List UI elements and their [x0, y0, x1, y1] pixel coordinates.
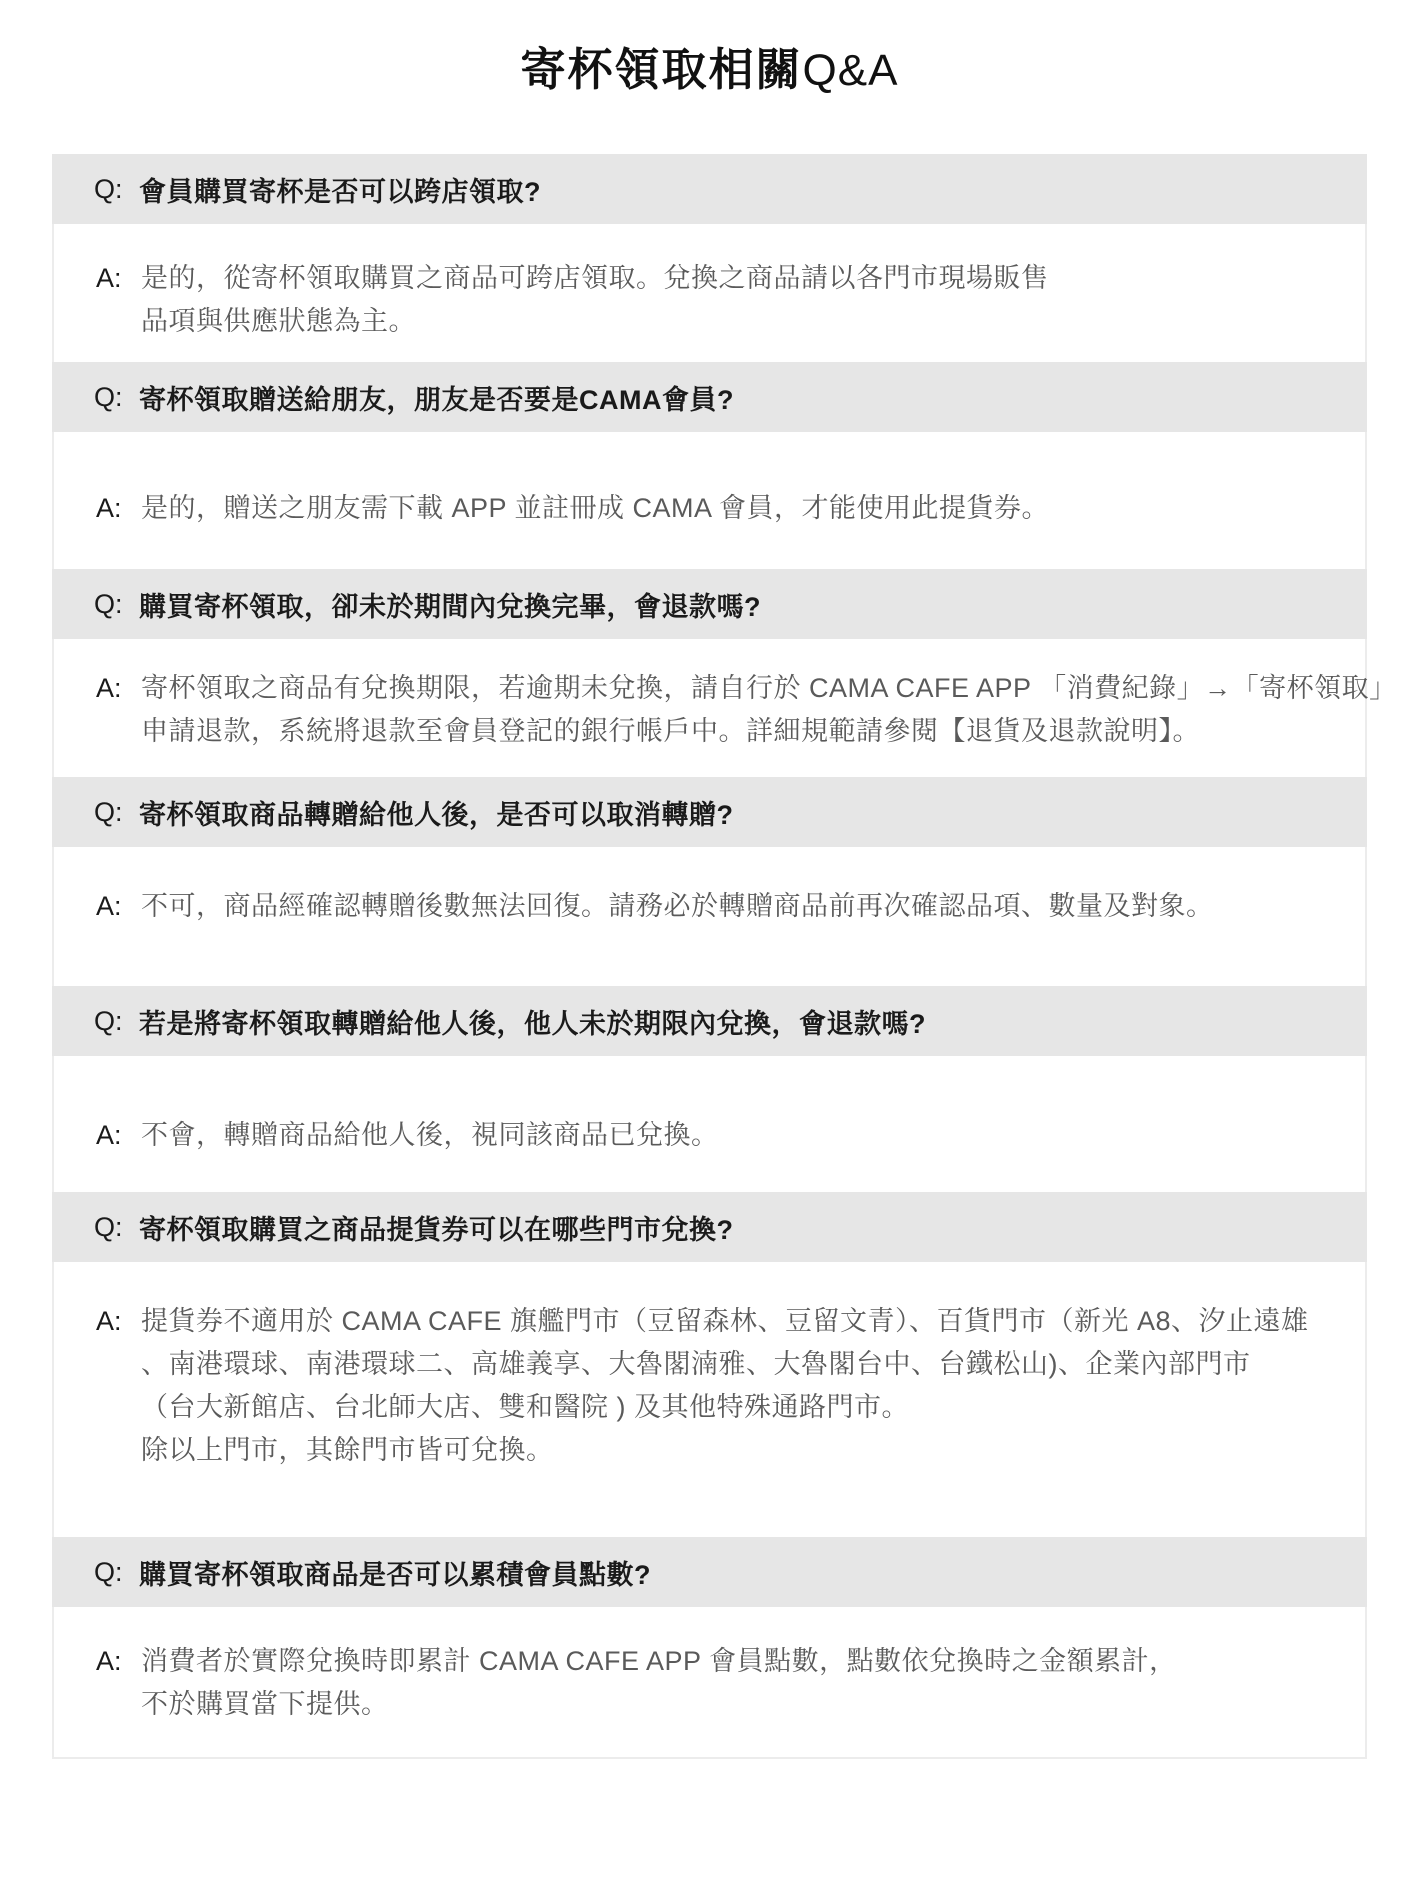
question-label: Q: [94, 382, 139, 413]
answer-text: 不會，轉贈商品給他人後，視同該商品已兌換。 [141, 1114, 1335, 1157]
answer-line: 不可，商品經確認轉贈後數無法回復。請務必於轉贈商品前再次確認品項、數量及對象。 [141, 885, 1335, 928]
question-label: Q: [94, 589, 139, 620]
question-row: Q: 寄杯領取購買之商品提貨券可以在哪些門市兌換? [52, 1192, 1367, 1262]
answer-text: 是的，贈送之朋友需下載 APP 並註冊成 CAMA 會員，才能使用此提貨券。 [141, 487, 1335, 530]
answer-text: 提貨券不適用於 CAMA CAFE 旗艦門市（豆留森林、豆留文青）、百貨門市（新… [141, 1300, 1335, 1472]
question-label: Q: [94, 174, 139, 205]
answer-line: 消費者於實際兌換時即累計 CAMA CAFE APP 會員點數，點數依兌換時之金… [141, 1640, 1335, 1683]
answer-label: A: [96, 1300, 141, 1343]
faq-item: Q: 寄杯領取贈送給朋友，朋友是否要是CAMA會員? A: 是的，贈送之朋友需下… [52, 362, 1367, 569]
answer-line: 、南港環球、南港環球二、高雄義享、大魯閣湳雅、大魯閣台中、台鐵松山)、企業內部門… [141, 1343, 1335, 1386]
answer-row: A: 是的，從寄杯領取購買之商品可跨店領取。兌換之商品請以各門市現場販售品項與供… [52, 224, 1367, 362]
faq-item: Q: 會員購買寄杯是否可以跨店領取? A: 是的，從寄杯領取購買之商品可跨店領取… [52, 154, 1367, 362]
answer-line: 除以上門市，其餘門市皆可兌換。 [141, 1429, 1335, 1472]
question-row: Q: 若是將寄杯領取轉贈給他人後，他人未於期限內兌換，會退款嗎? [52, 986, 1367, 1056]
answer-line: 提貨券不適用於 CAMA CAFE 旗艦門市（豆留森林、豆留文青）、百貨門市（新… [141, 1300, 1335, 1343]
question-text: 購買寄杯領取商品是否可以累積會員點數? [139, 1553, 651, 1592]
answer-line: 寄杯領取之商品有兌換期限，若逾期未兌換，請自行於 CAMA CAFE APP 「… [141, 667, 1397, 710]
question-text: 購買寄杯領取，卻未於期間內兌換完畢，會退款嗎? [139, 585, 761, 624]
faq-item: Q: 購買寄杯領取，卻未於期間內兌換完畢，會退款嗎? A: 寄杯領取之商品有兌換… [52, 569, 1367, 777]
question-row: Q: 購買寄杯領取，卻未於期間內兌換完畢，會退款嗎? [52, 569, 1367, 639]
answer-label: A: [96, 1114, 141, 1157]
question-label: Q: [94, 1557, 139, 1588]
faq-list: Q: 會員購買寄杯是否可以跨店領取? A: 是的，從寄杯領取購買之商品可跨店領取… [52, 154, 1367, 1759]
faq-item: Q: 購買寄杯領取商品是否可以累積會員點數? A: 消費者於實際兌換時即累計 C… [52, 1537, 1367, 1759]
answer-row: A: 不可，商品經確認轉贈後數無法回復。請務必於轉贈商品前再次確認品項、數量及對… [52, 847, 1367, 986]
question-text: 寄杯領取商品轉贈給他人後，是否可以取消轉贈? [139, 793, 734, 832]
answer-text: 消費者於實際兌換時即累計 CAMA CAFE APP 會員點數，點數依兌換時之金… [141, 1640, 1335, 1726]
page-title-latin: Q&A [803, 46, 899, 95]
answer-line: （台大新館店、台北師大店、雙和醫院 ) 及其他特殊通路門市。 [141, 1386, 1335, 1429]
faq-item: Q: 寄杯領取購買之商品提貨券可以在哪些門市兌換? A: 提貨券不適用於 CAM… [52, 1192, 1367, 1537]
answer-label: A: [96, 885, 141, 928]
question-row: Q: 購買寄杯領取商品是否可以累積會員點數? [52, 1537, 1367, 1607]
answer-text: 寄杯領取之商品有兌換期限，若逾期未兌換，請自行於 CAMA CAFE APP 「… [141, 667, 1397, 753]
answer-row: A: 提貨券不適用於 CAMA CAFE 旗艦門市（豆留森林、豆留文青）、百貨門… [52, 1262, 1367, 1537]
answer-label: A: [96, 257, 141, 300]
question-label: Q: [94, 797, 139, 828]
question-row: Q: 會員購買寄杯是否可以跨店領取? [52, 154, 1367, 224]
page-title-cjk: 寄杯領取相關 [521, 44, 803, 95]
answer-line: 是的，贈送之朋友需下載 APP 並註冊成 CAMA 會員，才能使用此提貨券。 [141, 487, 1335, 530]
answer-label: A: [96, 667, 141, 710]
question-row: Q: 寄杯領取贈送給朋友，朋友是否要是CAMA會員? [52, 362, 1367, 432]
answer-text: 不可，商品經確認轉贈後數無法回復。請務必於轉贈商品前再次確認品項、數量及對象。 [141, 885, 1335, 928]
answer-label: A: [96, 1640, 141, 1683]
question-text: 會員購買寄杯是否可以跨店領取? [139, 170, 541, 209]
answer-label: A: [96, 487, 141, 530]
answer-text: 是的，從寄杯領取購買之商品可跨店領取。兌換之商品請以各門市現場販售品項與供應狀態… [141, 257, 1335, 343]
question-text: 若是將寄杯領取轉贈給他人後，他人未於期限內兌換，會退款嗎? [139, 1002, 926, 1041]
question-text: 寄杯領取贈送給朋友，朋友是否要是CAMA會員? [139, 378, 734, 417]
answer-line: 申請退款，系統將退款至會員登記的銀行帳戶中。詳細規範請參閱【退貨及退款說明】。 [141, 710, 1397, 753]
answer-line: 不會，轉贈商品給他人後，視同該商品已兌換。 [141, 1114, 1335, 1157]
answer-line: 是的，從寄杯領取購買之商品可跨店領取。兌換之商品請以各門市現場販售 [141, 257, 1335, 300]
faq-item: Q: 若是將寄杯領取轉贈給他人後，他人未於期限內兌換，會退款嗎? A: 不會，轉… [52, 986, 1367, 1192]
question-label: Q: [94, 1212, 139, 1243]
faq-item: Q: 寄杯領取商品轉贈給他人後，是否可以取消轉贈? A: 不可，商品經確認轉贈後… [52, 777, 1367, 986]
question-label: Q: [94, 1006, 139, 1037]
question-text: 寄杯領取購買之商品提貨券可以在哪些門市兌換? [139, 1208, 734, 1247]
answer-row: A: 寄杯領取之商品有兌換期限，若逾期未兌換，請自行於 CAMA CAFE AP… [52, 639, 1367, 777]
answer-line: 品項與供應狀態為主。 [141, 300, 1335, 343]
answer-line: 不於購買當下提供。 [141, 1683, 1335, 1726]
answer-row: A: 不會，轉贈商品給他人後，視同該商品已兌換。 [52, 1056, 1367, 1192]
page-title: 寄杯領取相關Q&A [0, 42, 1419, 99]
answer-row: A: 消費者於實際兌換時即累計 CAMA CAFE APP 會員點數，點數依兌換… [52, 1607, 1367, 1759]
answer-row: A: 是的，贈送之朋友需下載 APP 並註冊成 CAMA 會員，才能使用此提貨券… [52, 432, 1367, 569]
question-row: Q: 寄杯領取商品轉贈給他人後，是否可以取消轉贈? [52, 777, 1367, 847]
